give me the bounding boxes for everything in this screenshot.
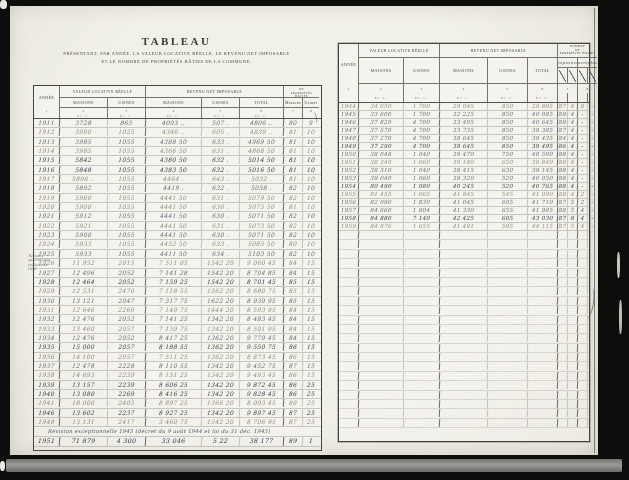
table-cell [404, 240, 441, 248]
table-cell: 643 . [202, 175, 241, 183]
table-cell [488, 334, 529, 342]
table-cell: 1929 [34, 287, 61, 295]
table-cell [359, 372, 405, 380]
table-cell [404, 400, 441, 408]
table-cell [528, 353, 559, 361]
table-cell [359, 362, 405, 370]
table-cell [339, 269, 360, 277]
table-cell: 5016 50 [240, 166, 285, 174]
table-row [339, 334, 589, 343]
table-cell: 1 700 [404, 111, 440, 118]
table-cell: 630 . [202, 231, 241, 239]
table-cell: 25 [303, 390, 320, 398]
table-cell [440, 334, 489, 342]
table-cell: 7 140 [404, 215, 440, 222]
table-cell: 865 [108, 119, 147, 127]
table-cell: 37 820 [359, 119, 404, 126]
table-cell: 1951 [34, 437, 61, 446]
table-cell: 1366 20 [202, 399, 241, 407]
table-cell: 38 048 [359, 151, 404, 158]
table-cell: 2052 [108, 269, 147, 277]
table-cell [339, 297, 360, 305]
table-cell: 41 330 [440, 207, 488, 214]
table-cell: 7 159 75 [146, 325, 203, 333]
table-cell: 15 [303, 315, 320, 323]
table-cell: 10 [303, 203, 320, 211]
table-cell: 12 476 [60, 315, 109, 323]
table-cell: 5075 50 [240, 203, 285, 211]
table-cell [578, 381, 589, 389]
table-cell: 5 [568, 199, 578, 206]
table-cell: 81 455 [359, 191, 404, 198]
table-cell [588, 250, 598, 258]
table-cell [578, 278, 589, 286]
table-cell: 39 435 [528, 135, 558, 142]
table-cell: 81 [284, 175, 304, 183]
table-cell [440, 381, 489, 389]
table-row [339, 409, 589, 418]
table-cell [404, 381, 441, 389]
table-cell: 25 [303, 409, 320, 417]
table-cell: 1949 [339, 143, 359, 150]
table-cell: 4 [568, 183, 578, 190]
table-cell [528, 334, 559, 342]
table-cell: 4839 .. [240, 128, 285, 136]
table-cell [359, 400, 405, 408]
table-cell: 1055 [108, 250, 147, 258]
table-cell [488, 231, 529, 239]
table-cell [488, 325, 529, 333]
table-cell: 33 405 [440, 119, 488, 126]
table-cell [528, 259, 559, 267]
table-row: 192712 49620527 141 281542 208 704 85841… [34, 269, 321, 278]
table-cell: 1952 [339, 167, 359, 174]
table-cell [488, 409, 529, 417]
table-cell [558, 231, 569, 239]
table-row: 195038 0481 04039 47075040 500884-- [339, 151, 589, 159]
table-cell: 2228 [108, 362, 147, 370]
unit-cell [558, 93, 568, 102]
table-cell: 87 [284, 418, 304, 426]
table-cell: 81 [284, 166, 304, 174]
table-row: 195784 6601 80441 33065541 9858854- [339, 207, 589, 215]
table-cell: 1 [303, 437, 320, 446]
table-row: 192812 46420527 159 251542 208 701 45851… [34, 278, 321, 287]
table-cell: 1946 [34, 409, 61, 417]
table-cell [588, 362, 598, 370]
table-cell [440, 391, 489, 399]
table-cell: 7 141 25 [146, 315, 203, 323]
col-number: 2 [359, 84, 404, 93]
table-cell [404, 269, 441, 277]
table-cell [528, 240, 559, 248]
table-cell [488, 316, 529, 324]
table-cell: 5058 . [240, 184, 285, 192]
table-cell [578, 400, 589, 408]
table-cell: 80 [284, 119, 304, 127]
scan-artifact [0, 461, 5, 471]
table-cell [440, 409, 489, 417]
table-cell: 40 085 [528, 111, 558, 118]
table-cell: 3985 [60, 147, 109, 155]
header-group-valeur-locative: VALEUR LOCATIVE RÉELLE [60, 86, 146, 98]
table-cell [440, 316, 489, 324]
unit-cell [568, 93, 578, 102]
table-cell [568, 334, 579, 342]
table-cell: 4 [568, 135, 578, 142]
table-cell [359, 391, 405, 399]
table-cell: 1954 [339, 183, 359, 190]
unit-cell [578, 93, 588, 102]
table-cell [528, 316, 559, 324]
table-cell: - [588, 111, 597, 118]
table-cell: 15 [303, 278, 320, 286]
table-cell: 10 [303, 212, 320, 220]
table-cell: 2047 [108, 297, 147, 305]
table-cell: 850 [488, 143, 528, 150]
header-group-nombre-proprietes: NOMBRE DE PROPRIÉTÉS BÂTIES [284, 86, 319, 98]
table-cell: 1958 [339, 215, 359, 222]
table-row [339, 306, 589, 315]
table-cell: 39 180 [440, 159, 488, 166]
table-cell [339, 381, 360, 389]
table-cell: 2 [578, 191, 588, 198]
table-cell: 1931 [34, 306, 61, 314]
table-cell [558, 297, 569, 305]
table-cell [440, 240, 489, 248]
table-cell: 2405 [108, 399, 147, 407]
table-cell: 4 [568, 191, 578, 198]
left-table: ANNÉE VALEUR LOCATIVE RÉELLE REVENU NET … [33, 85, 322, 451]
table-cell: 41 045 [440, 199, 488, 206]
table-cell: 1055 [108, 194, 147, 202]
table-cell: - [578, 159, 588, 166]
table-cell [578, 344, 589, 352]
table-cell: 1055 [108, 222, 147, 230]
table-cell: 5933 [60, 240, 109, 248]
unit-cell [284, 113, 303, 118]
slash-mark [558, 68, 568, 84]
table-row: 192912 53124707 118 551562 208 680 75851… [34, 287, 321, 296]
table-cell [339, 334, 360, 342]
table-cell: 1923 [34, 231, 61, 239]
table-row [339, 250, 589, 259]
table-cell: 520 [488, 183, 528, 190]
table-cell: 14 693 [60, 371, 109, 379]
table-cell [578, 325, 589, 333]
table-cell: 4441 50 [146, 212, 203, 220]
table-cell: 1 060 [404, 175, 440, 182]
header-rni-maisons: MAISONS [440, 58, 488, 84]
table-cell: 15 [303, 353, 320, 361]
table-cell: 1055 [108, 147, 147, 155]
table-cell [404, 316, 441, 324]
table-cell: 10 [303, 240, 320, 248]
table-cell: 4 [578, 215, 588, 222]
table-row: 193212 47620527 141 251342 208 483 45841… [34, 315, 321, 324]
table-cell: 1944 [339, 103, 359, 110]
table-cell: 88 [558, 167, 568, 174]
table-cell: 10 [303, 194, 320, 202]
header-rni-usines: USINES [202, 98, 240, 108]
table-cell: 5014 50 [240, 156, 285, 164]
table-cell: 7 317 75 [146, 297, 203, 305]
table-cell: 1920 [34, 203, 61, 211]
table-cell: 12 478 [60, 362, 109, 370]
table-cell [528, 372, 559, 380]
table-cell: 5892 [60, 184, 109, 192]
table-note: Révision exceptionnelle 1945 (décret du … [34, 427, 320, 436]
header-rni-total: TOTAL [240, 98, 284, 108]
table-cell [440, 372, 489, 380]
table-cell: 8 417 25 [146, 334, 203, 342]
table-row [339, 362, 589, 371]
table-cell: 82 090 [359, 199, 404, 206]
table-cell: 5073 50 [240, 222, 285, 230]
header-nb-maisons: Maisons [284, 98, 303, 108]
table-cell: - [588, 215, 597, 222]
table-cell: 81 [284, 138, 304, 146]
scan-artifact [0, 0, 7, 9]
table-cell [404, 334, 441, 342]
table-cell [588, 400, 598, 408]
table-cell: 10 [303, 250, 320, 258]
table-row: 193112 64622697 149 751444 208 593 95841… [34, 306, 321, 315]
table-cell [359, 231, 405, 239]
unit-cell: Fr. c. [146, 113, 202, 118]
table-cell: - [588, 151, 597, 158]
table-cell: 1 060 [404, 159, 440, 166]
table-cell [578, 419, 589, 427]
table-cell: 1362 20 [202, 343, 241, 351]
table-row [339, 269, 589, 278]
table-cell: 85 [284, 287, 304, 295]
table-cell [558, 353, 569, 361]
table-cell: 5032 . [240, 175, 285, 183]
table-row: 194434 0501 70029 04585029 8958748- [339, 103, 589, 111]
table-cell: 38 177 [240, 437, 285, 446]
table-row [339, 344, 589, 353]
col-number: 1 [339, 84, 359, 93]
header-nb-usines: Usines [303, 98, 319, 108]
table-cell [440, 231, 489, 239]
table-cell [578, 391, 589, 399]
table-cell [568, 316, 579, 324]
table-cell: 1342 20 [202, 362, 241, 370]
table-cell: 8 110 55 [146, 362, 203, 370]
table-cell [578, 240, 589, 248]
table-cell: 1936 [34, 353, 61, 361]
table-cell: 84 880 [359, 215, 404, 222]
table-cell: 5071 50 [240, 231, 285, 239]
table-cell: 37 270 [359, 135, 404, 142]
table-cell: 633 . [202, 240, 241, 248]
left-table-header: ANNÉE VALEUR LOCATIVE RÉELLE REVENU NET … [34, 86, 321, 119]
table-cell: 1947 [339, 127, 359, 134]
table-cell: 39 320 [440, 175, 488, 182]
table-cell [578, 231, 589, 239]
table-cell [568, 419, 579, 427]
table-cell [588, 372, 598, 380]
table-cell: 81 [284, 128, 304, 136]
table-cell: - [578, 167, 588, 174]
table-cell [578, 362, 589, 370]
table-cell [404, 344, 441, 352]
table-cell: 25 [303, 399, 320, 407]
table-cell: 40 245 [440, 183, 488, 190]
table-cell: 4093 .. [146, 119, 203, 127]
table-cell [588, 419, 598, 427]
scan-edge-strip [6, 459, 622, 472]
table-cell [578, 250, 589, 258]
table-cell: 86 [284, 371, 304, 379]
table-cell: 2057 [108, 343, 147, 351]
table-cell: 84 [284, 334, 304, 342]
table-row [339, 231, 589, 240]
table-cell: 1917 [34, 175, 61, 183]
table-cell: 4366 50 [146, 147, 203, 155]
table-cell [558, 391, 569, 399]
table-cell [404, 325, 441, 333]
table-cell: - [588, 103, 597, 110]
table-cell: 5 [568, 207, 578, 214]
table-row [339, 391, 589, 400]
table-cell: 1055 [108, 166, 147, 174]
table-cell: 8 606 25 [146, 381, 203, 389]
table-cell: 9 828 45 [240, 390, 285, 398]
table-cell: 2057 [108, 353, 147, 361]
table-cell: 1953 [339, 175, 359, 182]
table-cell: 39 040 [359, 175, 404, 182]
table-cell: 15 [303, 269, 320, 277]
table-cell: 1542 20 [202, 278, 241, 286]
table-cell [588, 391, 598, 399]
table-cell [488, 287, 529, 295]
table-row: 194118 00024058 897 251366 208 093 45892… [34, 399, 321, 408]
table-cell: 15 [303, 306, 320, 314]
table-row [339, 240, 589, 249]
table-cell: 8 483 45 [240, 315, 285, 323]
table-cell: 41 491 [440, 223, 488, 230]
table-cell: 7 141 28 [146, 269, 203, 277]
unit-cell: Fr. c. [240, 113, 284, 118]
table-cell: 1937 [34, 362, 61, 370]
table-cell [528, 381, 559, 389]
table-cell: 2269 [108, 390, 147, 398]
table-cell: 81 [284, 203, 304, 211]
table-cell [558, 306, 569, 314]
table-cell: 633 . [202, 138, 241, 146]
right-table-header: ANNÉE VALEUR LOCATIVE RÉELLE REVENU NET … [339, 44, 589, 103]
table-cell: - [578, 119, 588, 126]
table-cell: 1951 [339, 159, 359, 166]
table-cell: 631 . [202, 194, 241, 202]
table-cell [488, 297, 529, 305]
table-cell: 850 [488, 135, 528, 142]
table-cell [339, 287, 360, 295]
table-cell: 10 [303, 156, 320, 164]
table-cell [558, 287, 569, 295]
table-cell: 82 [284, 250, 304, 258]
table-cell [404, 419, 441, 427]
table-cell: 87 [284, 409, 304, 417]
table-cell: 8 701 45 [240, 278, 285, 286]
table-cell: 650 [488, 159, 528, 166]
table-cell [568, 269, 579, 277]
table-row [339, 400, 589, 409]
table-cell: 15 [303, 371, 320, 379]
table-cell [359, 316, 405, 324]
table-cell [440, 325, 489, 333]
table-row [339, 259, 589, 268]
col-number: 6 [528, 84, 558, 93]
table-cell: 1342 20 [202, 325, 241, 333]
table-cell: 4 700 [404, 135, 440, 142]
table-cell [339, 400, 360, 408]
table-cell: 84 [558, 135, 568, 142]
table-cell [440, 278, 489, 286]
table-cell [588, 325, 598, 333]
table-cell: 1950 [339, 151, 359, 158]
table-cell: 1362 20 [202, 334, 241, 342]
table-cell [588, 269, 598, 277]
table-cell [568, 231, 579, 239]
table-cell: 33 735 [440, 127, 488, 134]
table-cell: 15 [303, 287, 320, 295]
table-cell: 15 [303, 334, 320, 342]
table-cell: 1055 [108, 240, 147, 248]
page-subtitle-line1: PRÉSENTANT, PAR ANNÉE, LA VALEUR LOCATIV… [33, 51, 320, 56]
table-cell [488, 306, 529, 314]
table-cell: 84 [284, 306, 304, 314]
table-cell: 18 000 [60, 399, 109, 407]
table-cell: 4411 50 [146, 250, 203, 258]
table-cell: 1939 [34, 381, 61, 389]
table-cell [359, 334, 405, 342]
table-cell: 89 [284, 399, 304, 407]
table-cell: - [588, 175, 597, 182]
table-cell: 4441 50 [146, 222, 203, 230]
table-cell: 2052 [108, 334, 147, 342]
unit-cell [588, 93, 597, 102]
scan-artifact [617, 252, 620, 278]
table-cell [359, 240, 405, 248]
table-cell [404, 306, 441, 314]
table-cell [558, 381, 569, 389]
table-row: 191137288654093 ..507 .4806 ..809 [34, 119, 321, 128]
table-cell: 4452 50 [146, 240, 203, 248]
slash-mark [578, 68, 588, 84]
table-cell: 1622 20 [202, 297, 241, 305]
table-cell: 850 [488, 119, 528, 126]
table-cell [558, 344, 569, 352]
table-cell: 4 [568, 175, 578, 182]
table-cell: 1055 [108, 231, 147, 239]
table-row: 195984 8761 65541 49159544 1158754- [339, 223, 589, 231]
table-cell [558, 316, 569, 324]
table-cell: 88 [558, 175, 568, 182]
page-fold-line [594, 8, 595, 453]
table-cell [339, 231, 360, 239]
table-cell: 5896 .. [60, 175, 109, 183]
table-cell: 4 300 [108, 437, 147, 446]
table-row [339, 316, 589, 325]
table-cell [488, 381, 529, 389]
table-cell: 1933 [34, 325, 61, 333]
table-cell: 8 151 25 [146, 371, 203, 379]
table-cell [588, 344, 598, 352]
table-cell: 2269 [108, 306, 147, 314]
